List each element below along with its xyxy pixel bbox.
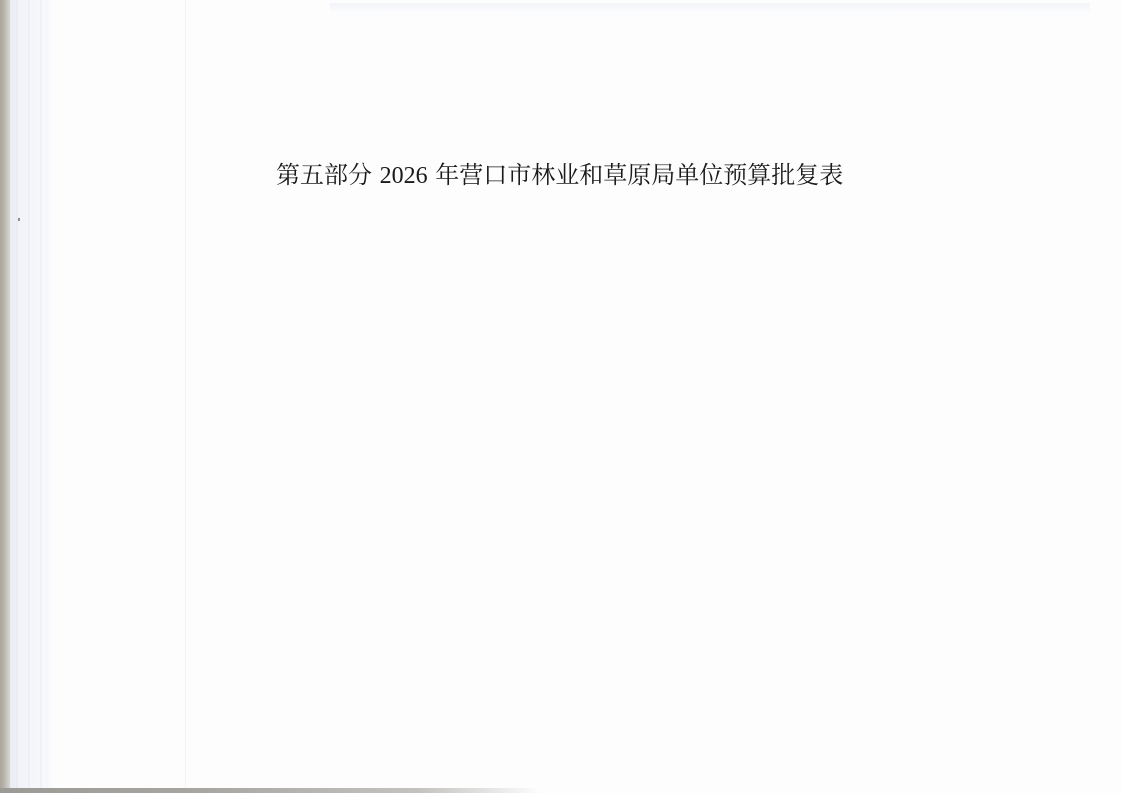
bottom-edge-shadow xyxy=(0,788,540,793)
binding-edge xyxy=(0,0,10,793)
page-title: 第五部分 2026 年营口市林业和草原局单位预算批复表 xyxy=(276,160,856,191)
title-suffix: 年营口市林业和草原局单位预算批复表 xyxy=(435,161,843,189)
title-year: 2026 xyxy=(380,163,428,189)
scan-artifact-dot xyxy=(18,218,20,221)
page-stack-edge xyxy=(10,0,46,793)
fold-line xyxy=(185,0,186,793)
scanned-page: 第五部分 2026 年营口市林业和草原局单位预算批复表 xyxy=(0,0,1122,793)
title-prefix: 第五部分 xyxy=(276,161,372,189)
page-stack-fade xyxy=(46,0,52,793)
bleed-through-text xyxy=(330,3,1090,13)
